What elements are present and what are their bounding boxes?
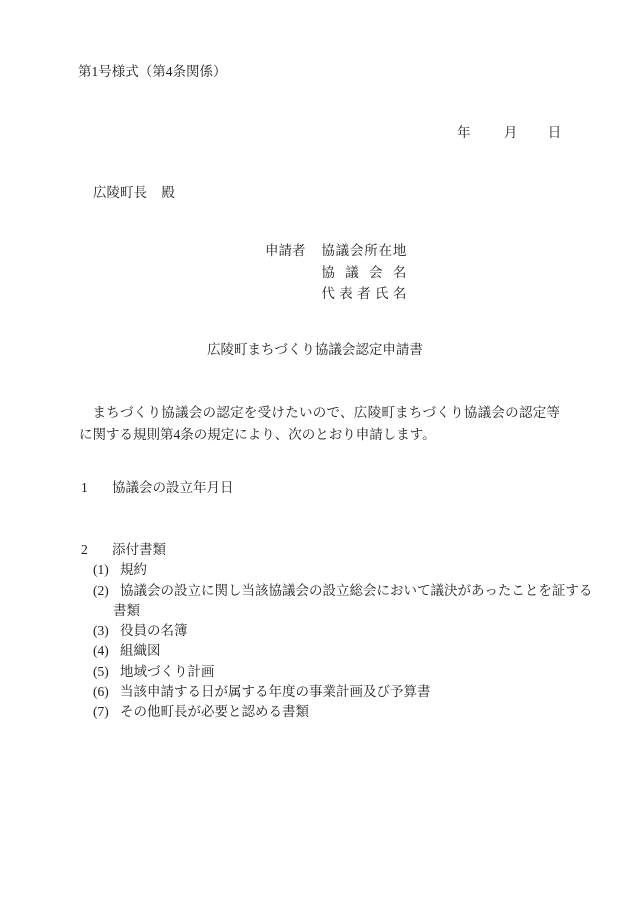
attachment-number: (4) bbox=[93, 641, 120, 661]
addressee-honorific: 殿 bbox=[161, 185, 175, 200]
attachment-item: (3)役員の名簿 bbox=[93, 621, 600, 641]
attachment-number: (2) bbox=[93, 581, 120, 601]
attachment-number: (3) bbox=[93, 621, 120, 641]
date-day-label: 日 bbox=[548, 125, 562, 140]
document-title: 広陵町まちづくり協議会認定申請書 bbox=[0, 339, 630, 361]
attachment-text: 協議会の設立に関し当該協議会の設立総会において議決があったことを証する書類 bbox=[113, 583, 592, 618]
applicant-field-representative: 代表者氏名 bbox=[321, 283, 406, 305]
applicant-row-representative: 代表者氏名 bbox=[265, 283, 406, 305]
date-line: 年 月 日 bbox=[457, 122, 561, 144]
attachment-text: 当該申請する日が属する年度の事業計画及び予算書 bbox=[120, 684, 431, 699]
section-attachments: 2添付書類 (1)規約 (2)協議会の設立に関し当該協議会の設立総会において議決… bbox=[81, 540, 600, 723]
body-paragraph: まちづくり協議会の認定を受けたいので、広陵町まちづくり協議会の認定等に関する規則… bbox=[79, 402, 560, 445]
applicant-block: 申請者 協議会所在地 協議会名 代表者氏名 bbox=[265, 240, 406, 305]
date-year-label: 年 bbox=[457, 125, 471, 140]
attachment-item: (1)規約 bbox=[93, 560, 600, 580]
attachment-text: その他町長が必要と認める書類 bbox=[120, 704, 309, 719]
applicant-field-council-name: 協議会名 bbox=[321, 262, 406, 284]
applicant-row-address: 申請者 協議会所在地 bbox=[265, 240, 406, 262]
attachment-item: (6)当該申請する日が属する年度の事業計画及び予算書 bbox=[93, 682, 600, 702]
attachment-text: 規約 bbox=[120, 562, 147, 577]
date-month-label: 月 bbox=[504, 125, 518, 140]
attachment-item: (2)協議会の設立に関し当該協議会の設立総会において議決があったことを証する書類 bbox=[93, 581, 600, 622]
attachment-item: (4)組織図 bbox=[93, 641, 600, 661]
attachment-item: (5)地域づくり計画 bbox=[93, 662, 600, 682]
attachment-number: (6) bbox=[93, 682, 120, 702]
section-number: 2 bbox=[81, 540, 112, 560]
attachment-text: 役員の名簿 bbox=[120, 623, 188, 638]
addressee-name: 広陵町長 bbox=[93, 185, 147, 200]
attachment-number: (1) bbox=[93, 560, 120, 580]
attachment-text: 地域づくり計画 bbox=[120, 664, 215, 679]
attachment-number: (7) bbox=[93, 702, 120, 722]
attachments-list: (1)規約 (2)協議会の設立に関し当該協議会の設立総会において議決があったこと… bbox=[93, 560, 600, 722]
addressee-line: 広陵町長 殿 bbox=[93, 182, 175, 204]
applicant-field-address: 協議会所在地 bbox=[321, 240, 406, 262]
form-number: 第1号様式（第4条関係） bbox=[78, 61, 227, 83]
section-number: 1 bbox=[81, 477, 112, 499]
document-page: 第1号様式（第4条関係） 年 月 日 広陵町長 殿 申請者 協議会所在地 協議会… bbox=[0, 0, 630, 903]
section-establishment-date: 1協議会の設立年月日 bbox=[81, 477, 234, 499]
section-heading: 添付書類 bbox=[112, 542, 166, 557]
attachment-item: (7)その他町長が必要と認める書類 bbox=[93, 702, 600, 722]
applicant-row-name: 協議会名 bbox=[265, 262, 406, 284]
attachment-number: (5) bbox=[93, 662, 120, 682]
section-heading: 協議会の設立年月日 bbox=[112, 480, 234, 495]
applicant-label: 申請者 bbox=[265, 240, 318, 262]
attachment-text: 組織図 bbox=[120, 643, 161, 658]
section-heading-row: 2添付書類 bbox=[81, 540, 600, 560]
